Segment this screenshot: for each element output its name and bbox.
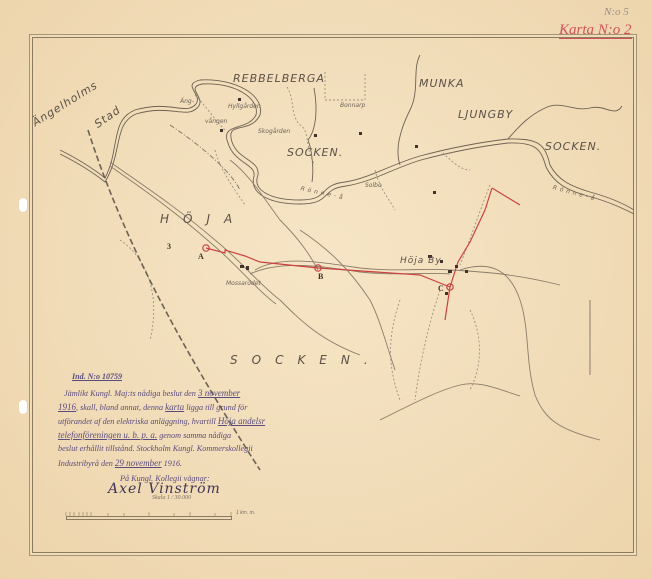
river-ronne-a xyxy=(60,55,634,214)
label-farm: Mossarödet xyxy=(226,280,261,287)
label-farm: Solbo xyxy=(365,182,382,189)
label-socken-east: SOCKEN. xyxy=(545,140,601,153)
label-ljungby: LJUNGBY xyxy=(458,108,513,121)
label-vangen: vången xyxy=(205,118,227,125)
label-socken-south: SOCKEN. xyxy=(230,353,382,367)
stamp-fill: 3 november xyxy=(198,388,240,398)
stamp-text: 1916. xyxy=(164,459,182,468)
label-rebbelberga: REBBELBERGA xyxy=(233,72,325,85)
stamp-text: Industribyrå den xyxy=(58,459,113,468)
label-hoja: HÖJA xyxy=(160,212,246,226)
stamp-fill: Höja andelsr xyxy=(218,416,265,426)
map-sheet: N:o 5 Karta N:o 2 xyxy=(0,0,652,579)
point-a-label: A xyxy=(198,252,204,261)
point-b-label: B xyxy=(318,272,323,281)
label-socken-north: SOCKEN. xyxy=(287,146,343,159)
stamp-fill: telefonföreningen u. b. p. a. xyxy=(58,430,157,440)
stamp-fill: karta xyxy=(165,402,184,412)
stamp-fill: 29 november xyxy=(115,458,162,468)
stamp-text: utförandet af den elektriska anläggning,… xyxy=(58,417,216,426)
stamp-text: genom samma nådiga xyxy=(159,431,231,440)
stamp-fill: 1916 xyxy=(58,402,76,412)
label-farm: Bonnarp xyxy=(340,102,365,109)
label-munka: MUNKA xyxy=(419,77,465,90)
stamp-line-5: beslut erhållit tillstånd. Stockholm Kun… xyxy=(58,442,253,456)
point-c-label: C xyxy=(438,284,444,293)
label-hoja-by: Höja By xyxy=(400,256,442,266)
label-farm: Skogården xyxy=(258,128,290,135)
parish-boundary xyxy=(170,125,240,190)
telephone-line xyxy=(203,188,520,320)
stamp-text: , skall, bland annat, denna xyxy=(76,403,163,412)
stamp-line-6: Industribyrå den 29 november 1916. xyxy=(58,456,182,471)
label-ang: Äng- xyxy=(180,98,194,105)
label-farm: Hyllgården xyxy=(228,103,261,110)
scale-bar xyxy=(66,516,232,520)
scale-unit: 1 km. m. xyxy=(236,510,255,516)
paths xyxy=(120,72,490,400)
scale-label: Skala 1 / 30.000 xyxy=(152,495,191,501)
stamp-text: Jämlikt Kungl. Maj:ts nådiga beslut den xyxy=(64,389,196,398)
stamp-text: ligga till grund för xyxy=(186,403,247,412)
stamp-reference: Ind. N:o 10759 xyxy=(72,370,122,384)
point-3-label: 3 xyxy=(167,242,171,251)
